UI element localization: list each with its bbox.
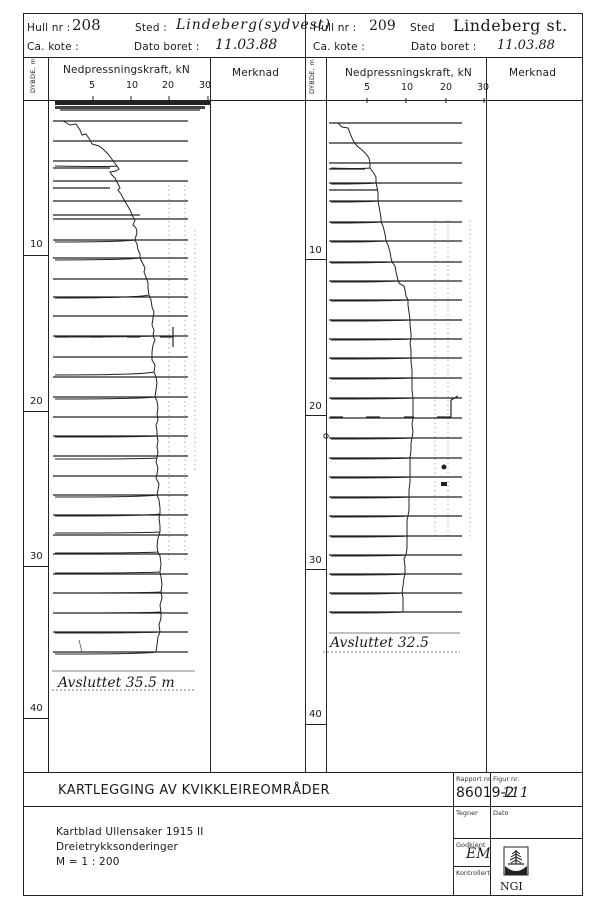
tegner-label: Tegner xyxy=(456,809,478,817)
kontrollert-label: Kontrollert xyxy=(456,869,490,877)
title-block-divider xyxy=(23,806,583,807)
title-block-divider-2 xyxy=(453,838,583,839)
sounding-plots xyxy=(0,0,591,902)
surface-band-left xyxy=(55,101,210,111)
scale: M = 1 : 200 xyxy=(56,856,120,868)
godkjent-signature: EM xyxy=(466,846,491,862)
ngi-logo-icon xyxy=(503,846,529,876)
figur-number: 111 xyxy=(502,785,529,801)
dato-label: Dato xyxy=(493,809,509,817)
force-trace-right xyxy=(338,123,413,612)
end-note-right: Avsluttet 32.5 xyxy=(330,635,429,651)
rapport-label: Rapport nr. xyxy=(456,775,492,783)
title-block-top xyxy=(23,772,583,773)
ngi-logo-text: NGI xyxy=(500,880,523,893)
title-block-col1 xyxy=(453,772,454,896)
rod-lines-right xyxy=(329,123,462,612)
end-note-left: Avsluttet 35.5 m xyxy=(58,675,175,691)
title-block-divider-3 xyxy=(453,866,490,867)
map-sheet: Kartblad Ullensaker 1915 II xyxy=(56,826,204,838)
figur-label: Figur nr. xyxy=(493,775,519,783)
survey-type: Dreietrykksonderinger xyxy=(56,841,178,853)
project-title: KARTLEGGING AV KVIKKLEIREOMRÅDER xyxy=(58,783,330,798)
